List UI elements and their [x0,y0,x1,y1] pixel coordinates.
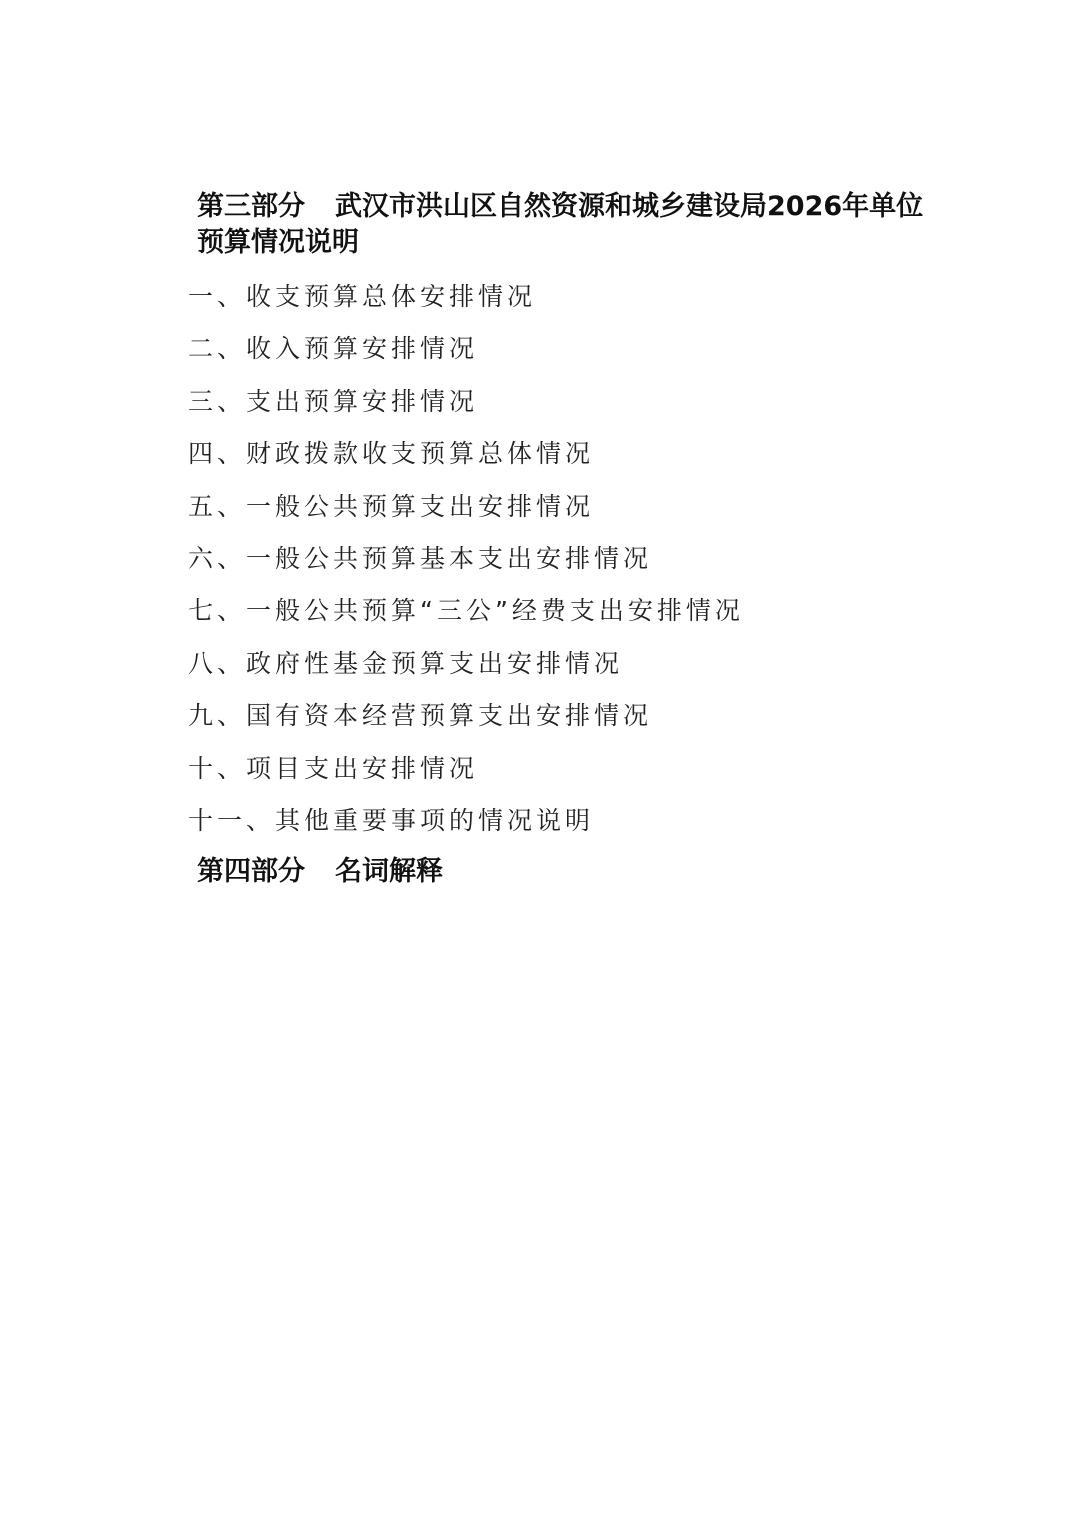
section-title: 国有资本经营预算支出安排情况 [246,701,652,730]
section-title: 财政拨款收支预算总体情况 [246,439,594,468]
section-item: 十一、其他重要事项的情况说明 [188,803,744,855]
section-title: 一般公共预算支出安排情况 [246,492,594,521]
section-number: 三、 [188,387,246,416]
section-item: 四、财政拨款收支预算总体情况 [188,436,744,488]
section-title: 政府性基金预算支出安排情况 [246,649,623,678]
part-three-title-line1: 武汉市洪山区自然资源和城乡建设局2026年单位 [335,191,923,222]
section-title: 收支预算总体安排情况 [246,282,536,311]
section-item: 八、政府性基金预算支出安排情况 [188,646,744,698]
section-title: 其他重要事项的情况说明 [275,806,594,835]
section-title: 一般公共预算“三公”经费支出安排情况 [246,596,744,625]
section-item: 三、支出预算安排情况 [188,384,744,436]
part-four-label: 第四部分 [197,856,305,887]
section-title: 项目支出安排情况 [246,754,478,783]
part-three-title-line2: 预算情况说明 [197,227,359,258]
section-item: 十、项目支出安排情况 [188,751,744,803]
section-number: 八、 [188,649,246,678]
section-title: 支出预算安排情况 [246,387,478,416]
section-number: 七、 [188,596,246,625]
part-three-heading: 第三部分武汉市洪山区自然资源和城乡建设局2026年单位 [197,189,923,225]
section-list: 一、收支预算总体安排情况 二、收入预算安排情况 三、支出预算安排情况 四、财政拨… [188,279,744,855]
document-page: 第三部分武汉市洪山区自然资源和城乡建设局2026年单位 预算情况说明 一、收支预… [0,0,1075,1520]
part-four-heading: 第四部分名词解释 [197,854,443,890]
section-item: 六、一般公共预算基本支出安排情况 [188,541,744,593]
section-title: 收入预算安排情况 [246,334,478,363]
section-item: 一、收支预算总体安排情况 [188,279,744,331]
section-number: 四、 [188,439,246,468]
section-number: 十、 [188,754,246,783]
section-number: 十一、 [188,806,275,835]
section-number: 六、 [188,544,246,573]
section-item: 五、一般公共预算支出安排情况 [188,489,744,541]
part-three-label: 第三部分 [197,191,305,222]
section-item: 二、收入预算安排情况 [188,331,744,383]
part-four-title: 名词解释 [335,856,443,887]
section-title: 一般公共预算基本支出安排情况 [246,544,652,573]
section-number: 五、 [188,492,246,521]
section-number: 一、 [188,282,246,311]
section-item: 九、国有资本经营预算支出安排情况 [188,698,744,750]
section-number: 九、 [188,701,246,730]
section-item: 七、一般公共预算“三公”经费支出安排情况 [188,593,744,645]
part-three-heading-continued: 预算情况说明 [197,225,359,261]
section-number: 二、 [188,334,246,363]
